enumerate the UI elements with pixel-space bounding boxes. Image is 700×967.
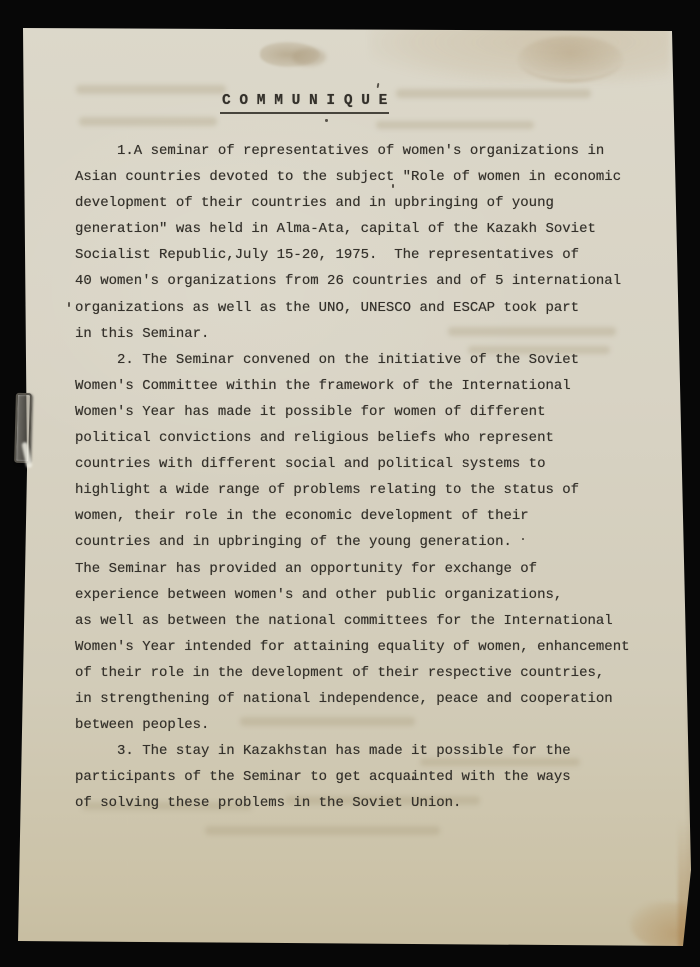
photo-background: C O M M U N I Q U E 1.A seminar of repre… (0, 0, 700, 967)
bleed-through-text (79, 117, 217, 126)
text-line: Women's Year intended for attaining equa… (75, 634, 655, 660)
bleed-through-text (76, 85, 226, 94)
document-page: C O M M U N I Q U E 1.A seminar of repre… (0, 0, 700, 967)
stain-top-center-secondary (292, 48, 326, 66)
text-line: 2. The Seminar convened on the initiativ… (75, 347, 655, 373)
stain-top-right-wash (370, 26, 670, 84)
text-line: highlight a wide range of problems relat… (75, 477, 655, 503)
text-line: Asian countries devoted to the subject "… (75, 164, 655, 190)
document-title: C O M M U N I Q U E (220, 92, 389, 114)
text-line: in strengthening of national independenc… (75, 686, 655, 712)
text-line: 1.A seminar of representatives of women'… (75, 138, 655, 164)
text-line: 40 women's organizations from 26 countri… (75, 268, 655, 294)
text-line: of their role in the development of thei… (75, 660, 655, 686)
ink-speck (325, 119, 328, 122)
ink-speck (68, 302, 70, 307)
text-line: organizations as well as the UNO, UNESCO… (75, 295, 655, 321)
text-line: countries and in upbringing of the young… (75, 529, 655, 555)
text-line: Women's Year has made it possible for wo… (75, 399, 655, 425)
text-line: in this Seminar. (75, 321, 655, 347)
bleed-through-text (205, 826, 440, 835)
text-line: of solving these problems in the Soviet … (75, 790, 655, 816)
document-body: 1.A seminar of representatives of women'… (75, 138, 655, 816)
text-line: as well as between the national committe… (75, 608, 655, 634)
text-line: between peoples. (75, 712, 655, 738)
text-line: political convictions and religious beli… (75, 425, 655, 451)
stain-right-edge-streak (678, 820, 692, 948)
ink-speck (377, 83, 380, 88)
text-line: participants of the Seminar to get acqua… (75, 764, 655, 790)
text-line: Socialist Republic,July 15-20, 1975. The… (75, 242, 655, 268)
text-line: development of their countries and in up… (75, 190, 655, 216)
text-line: The Seminar has provided an opportunity … (75, 556, 655, 582)
bleed-through-text (396, 89, 591, 98)
bleed-through-text (376, 121, 534, 129)
text-line: experience between women's and other pub… (75, 582, 655, 608)
stain-top-center (260, 42, 320, 67)
text-line: 3. The stay in Kazakhstan has made it po… (75, 738, 655, 764)
text-line: women, their role in the economic develo… (75, 503, 655, 529)
text-line: Women's Committee within the framework o… (75, 373, 655, 399)
text-line: generation" was held in Alma-Ata, capita… (75, 216, 655, 242)
text-line: countries with different social and poli… (75, 451, 655, 477)
stain-bottom-right-corner (630, 902, 696, 948)
stain-top-right-blob (518, 36, 623, 82)
